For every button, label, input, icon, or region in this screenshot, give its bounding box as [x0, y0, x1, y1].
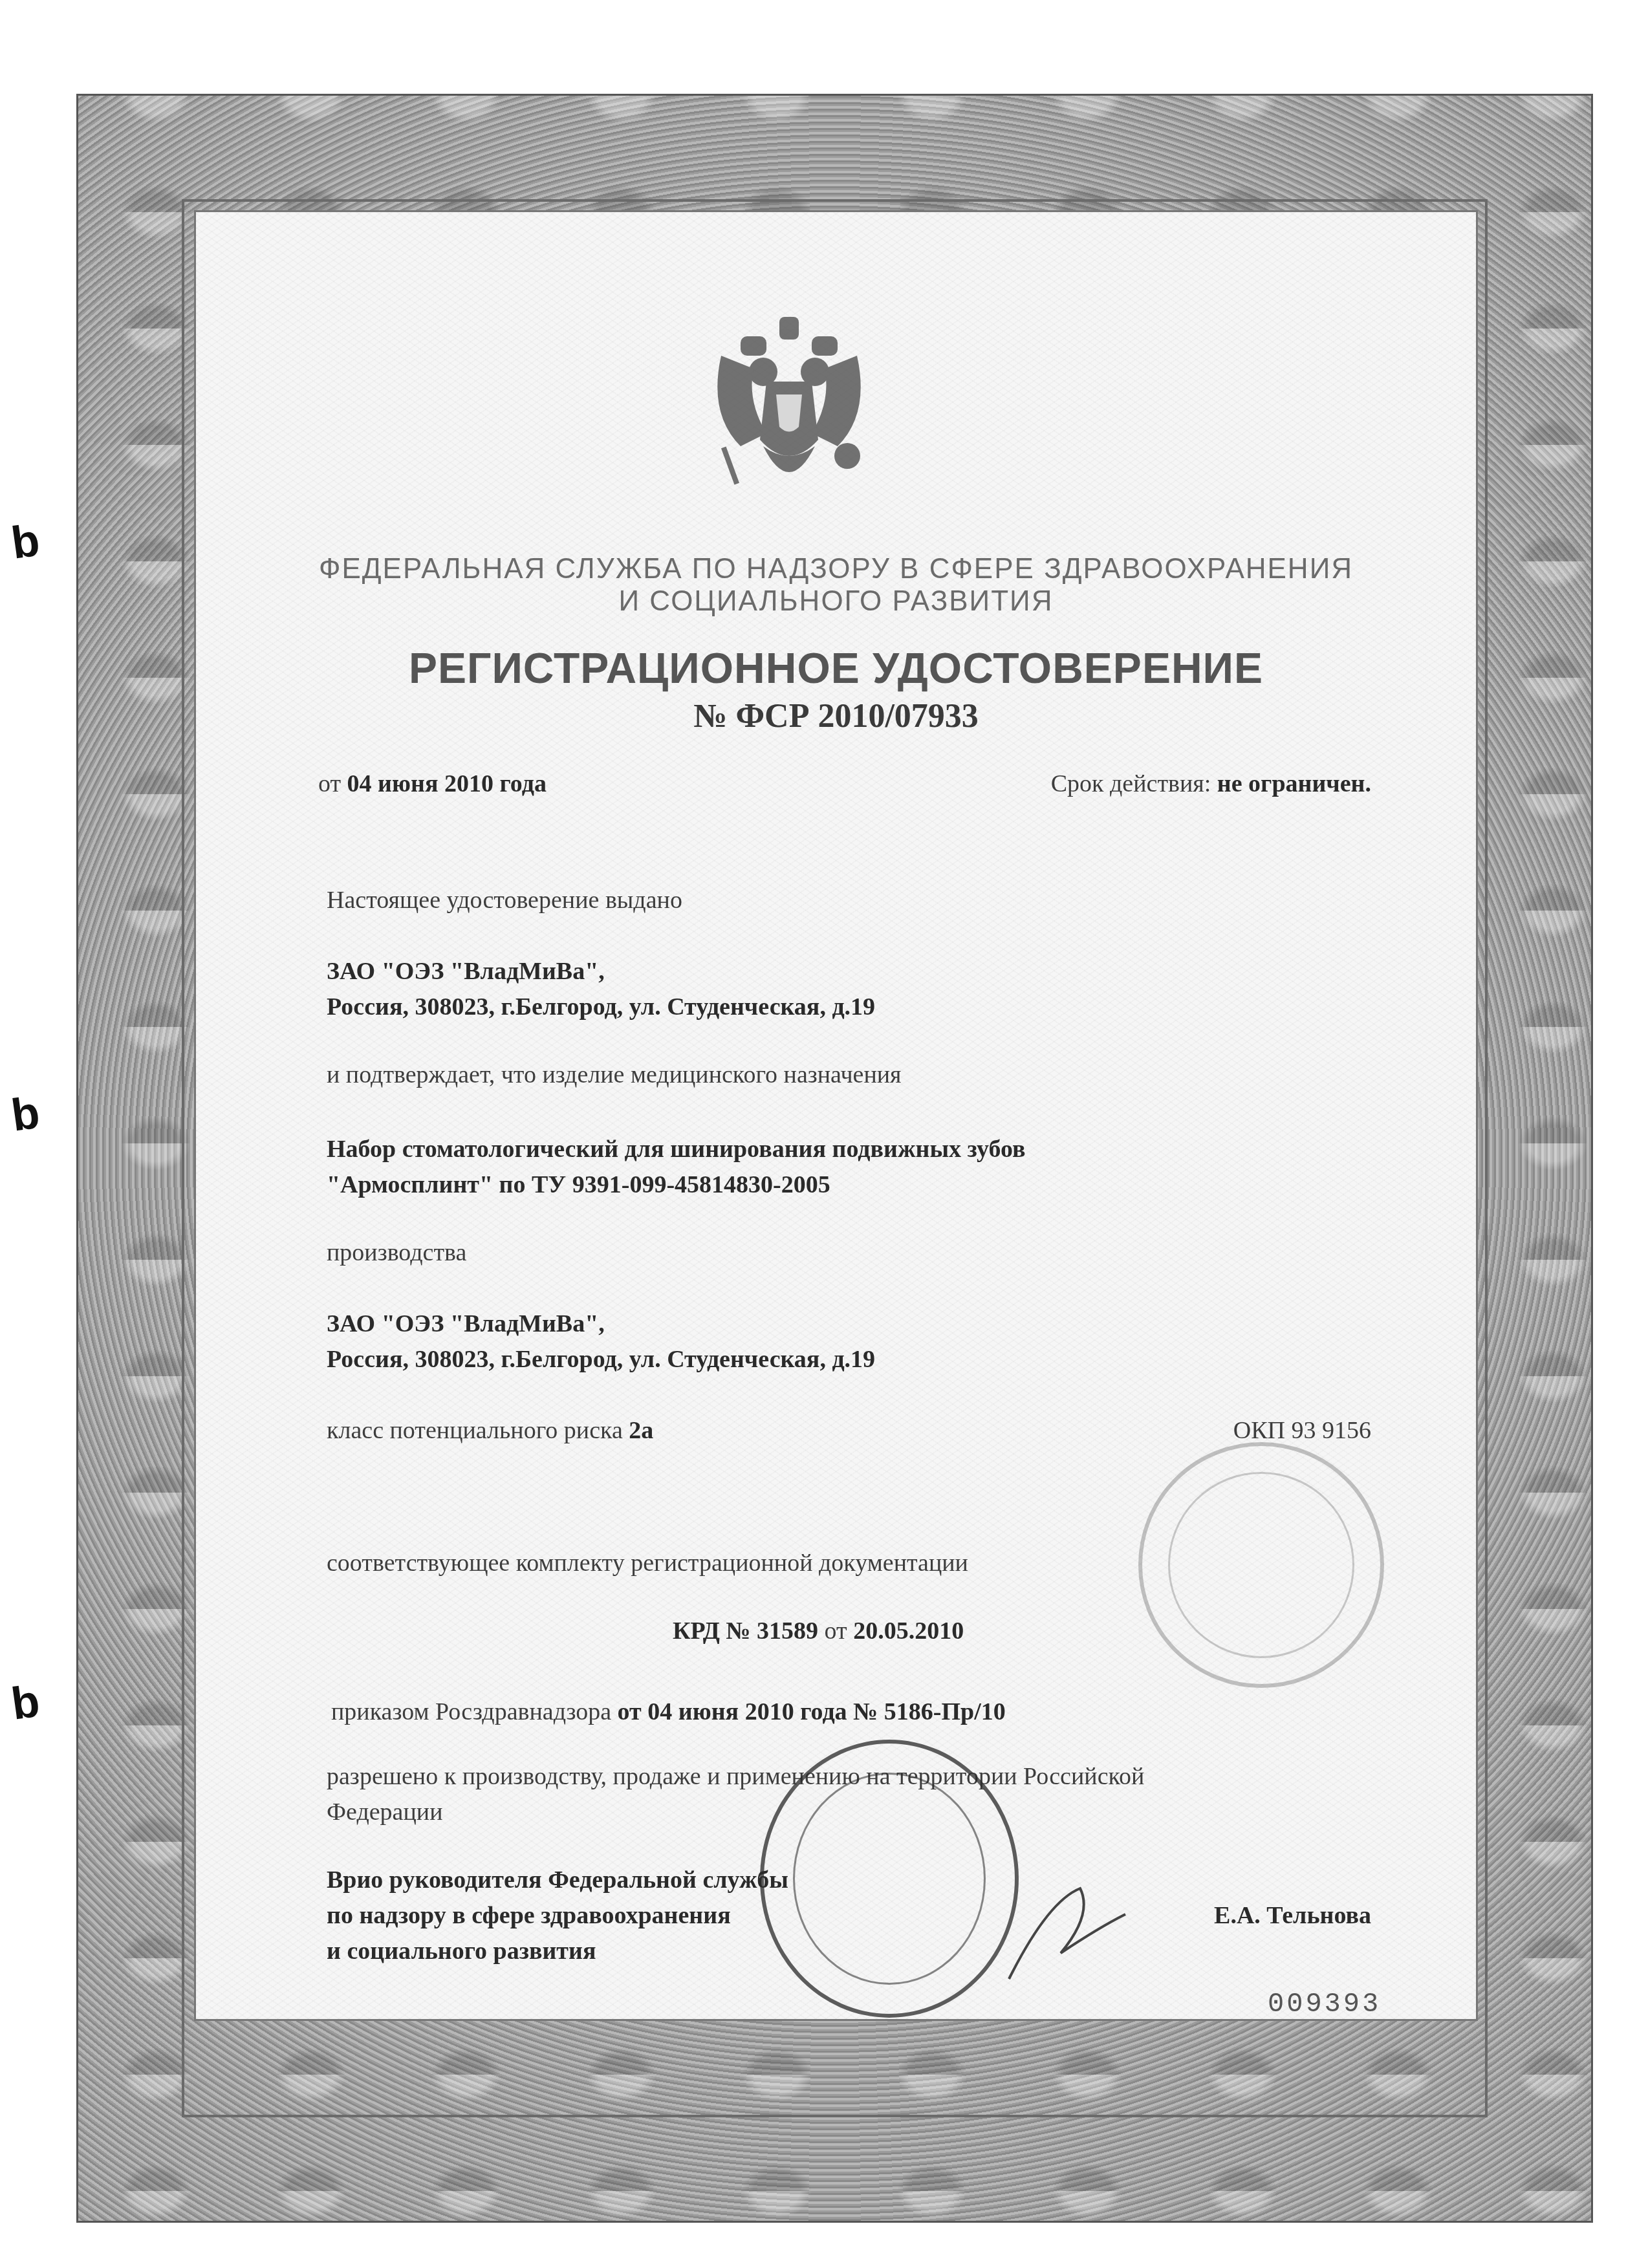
certificate-number: № ФСР 2010/07933	[194, 697, 1478, 735]
order-prefix: приказом Росздравнадзора	[331, 1698, 618, 1725]
order-reference: приказом Росздравнадзора от 04 июня 2010…	[331, 1698, 1006, 1726]
permitted-line1: разрешено к производству, продаже и прим…	[327, 1762, 1144, 1791]
risk-class-value: 2а	[629, 1417, 653, 1444]
confirms-label: и подтверждает, что изделие медицинского…	[327, 1061, 902, 1089]
signatory-position-line3: и социального развития	[327, 1937, 596, 1965]
margin-mark: b	[9, 1679, 45, 1725]
holder-name: ЗАО "ОЭЗ "ВладМиВа",	[327, 957, 605, 986]
okp-code: ОКП 93 9156	[1233, 1416, 1371, 1445]
manufacturer-address: Россия, 308023, г.Белгород, ул. Студенче…	[327, 1345, 875, 1374]
issue-date-value: 04 июня 2010 года	[347, 770, 547, 797]
produced-label: производства	[327, 1238, 466, 1267]
validity-period: Срок действия: не ограничен.	[1051, 770, 1371, 798]
krd-date: 20.05.2010	[853, 1617, 964, 1645]
product-name-line2: "Армосплинт" по ТУ 9391-099-45814830-200…	[327, 1171, 830, 1199]
faint-seal-inner-ring	[1168, 1472, 1354, 1658]
krd-number: КРД № 31589	[673, 1617, 825, 1645]
order-value: от 04 июня 2010 года № 5186-Пр/10	[618, 1698, 1006, 1725]
signatory-position-line1: Врио руководителя Федеральной службы	[327, 1866, 788, 1894]
product-name-line1: Набор стоматологический для шинирования …	[327, 1135, 1026, 1163]
risk-class: класс потенциального риска 2а	[327, 1416, 653, 1445]
agency-name-line2: и социального развития	[194, 585, 1478, 618]
official-seal-stamp	[760, 1740, 1019, 2018]
margin-mark: b	[9, 519, 45, 564]
issue-date: от 04 июня 2010 года	[318, 770, 547, 798]
form-serial-number: 009393	[1268, 1989, 1381, 2020]
faint-seal-stamp	[1138, 1442, 1384, 1688]
validity-value: не ограничен.	[1217, 770, 1371, 797]
signatory-name: Е.А. Тельнова	[1214, 1901, 1371, 1930]
issued-to-label: Настоящее удостоверение выдано	[327, 886, 682, 914]
krd-reference: КРД № 31589 от 20.05.2010	[673, 1617, 964, 1645]
margin-mark: b	[9, 1091, 45, 1136]
double-headed-eagle-emblem-icon	[702, 310, 876, 498]
validity-label: Срок действия:	[1051, 770, 1217, 797]
document-title: РЕГИСТРАЦИОННОЕ УДОСТОВЕРЕНИЕ	[194, 643, 1478, 693]
official-seal-inner-ring	[793, 1773, 986, 1985]
permitted-line2: Федерации	[327, 1798, 442, 1826]
handwritten-signature-icon	[996, 1875, 1138, 1992]
issue-date-prefix: от	[318, 770, 347, 797]
signatory-position-line2: по надзору в сфере здравоохранения	[327, 1901, 731, 1930]
manufacturer-name: ЗАО "ОЭЗ "ВладМиВа",	[327, 1310, 605, 1338]
conforms-label: соответствующее комплекту регистрационно…	[327, 1549, 968, 1577]
holder-address: Россия, 308023, г.Белгород, ул. Студенче…	[327, 993, 875, 1021]
agency-name-line1: Федеральная служба по надзору в сфере зд…	[194, 553, 1478, 585]
krd-from: от	[825, 1617, 854, 1645]
risk-class-label: класс потенциального риска	[327, 1417, 629, 1444]
